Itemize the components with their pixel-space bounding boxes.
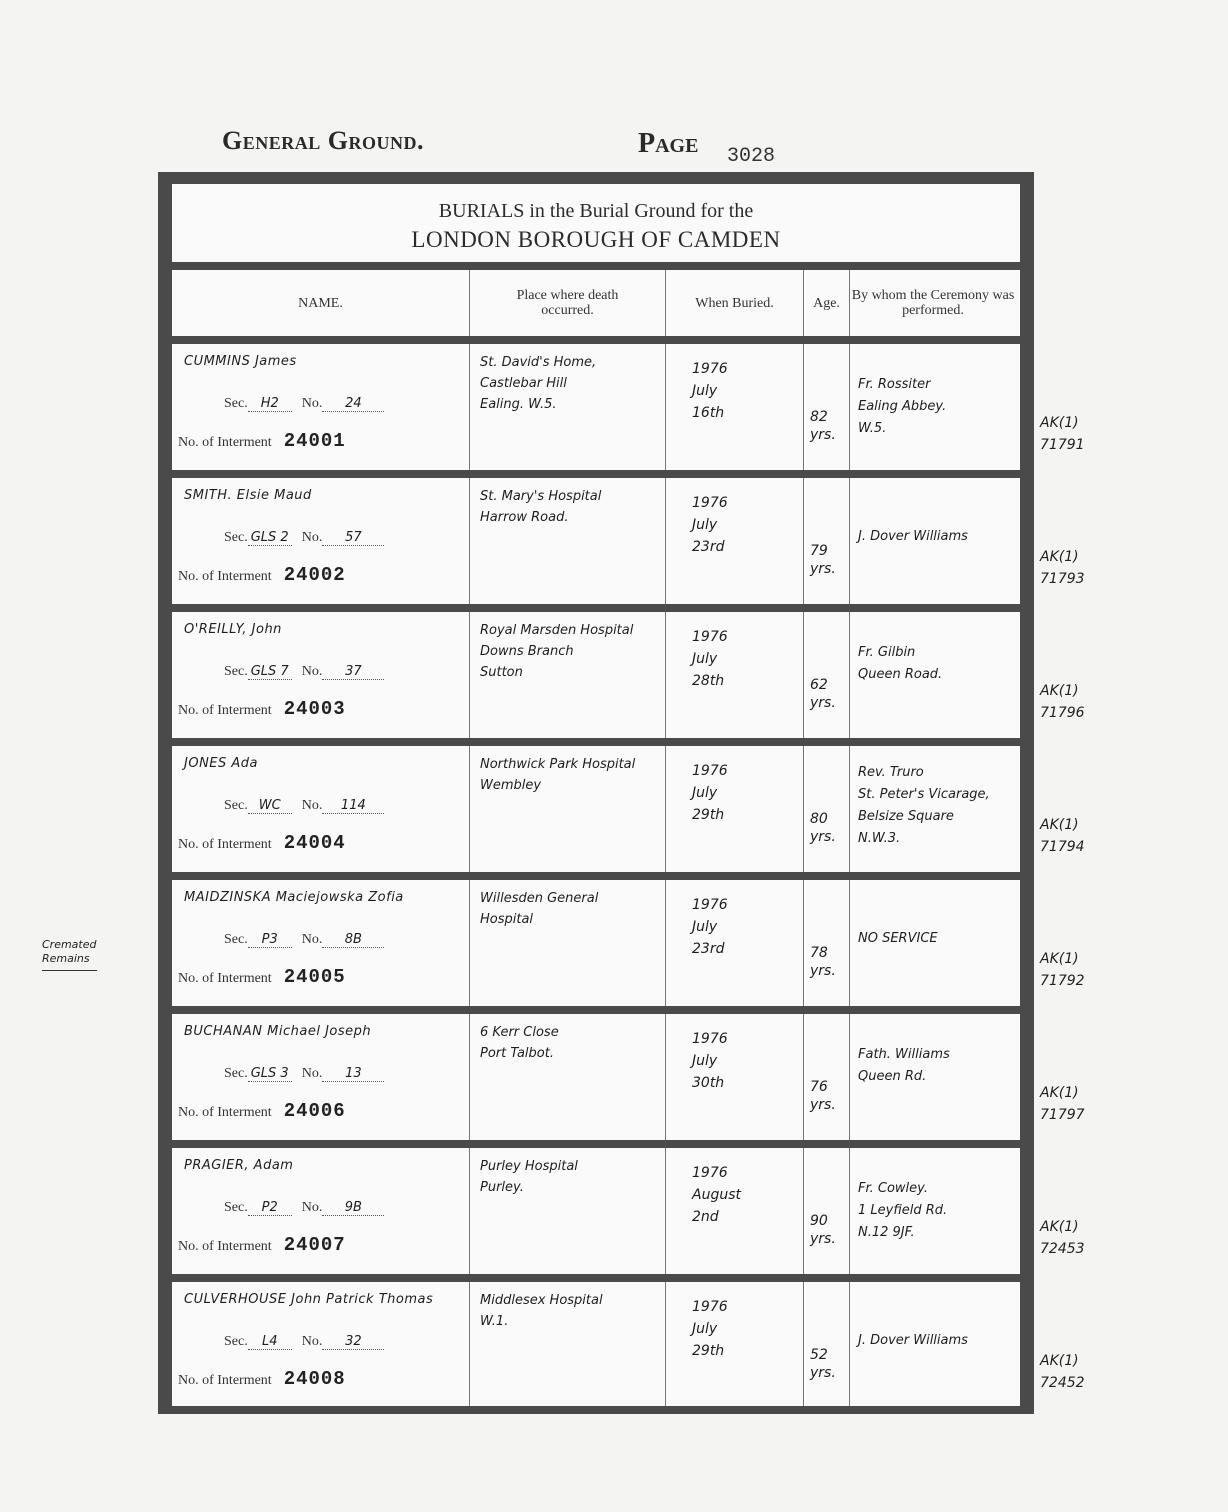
- when-line: July: [692, 648, 728, 670]
- when-cell: 1976August2nd: [666, 1148, 804, 1274]
- register-title-line2: LONDON BOROUGH OF CAMDEN: [172, 227, 1020, 253]
- margin-line: AK(1): [1040, 948, 1085, 970]
- sec-label: Sec.: [224, 396, 248, 411]
- when-line: 28th: [692, 670, 728, 692]
- place-of-death: Middlesex HospitalW.1.: [480, 1290, 603, 1332]
- section-value: P3: [248, 932, 292, 948]
- ceremony-line: W.5.: [858, 418, 946, 440]
- interment-line: No. of Interment24002: [178, 564, 346, 586]
- burial-date: 1976July30th: [692, 1028, 728, 1094]
- interment-line: No. of Interment24004: [178, 832, 346, 854]
- section-value: L4: [248, 1334, 292, 1350]
- ceremony-line: N.W.3.: [858, 828, 990, 850]
- deceased-name: PRAGIER, Adam: [184, 1158, 293, 1173]
- when-line: 1976: [692, 358, 728, 380]
- ceremony-line: J. Dover Williams: [858, 526, 968, 548]
- deceased-name: JONES Ada: [184, 756, 258, 771]
- age-value: 90yrs.: [810, 1212, 836, 1248]
- place-cell: St. Mary's HospitalHarrow Road.: [470, 478, 666, 604]
- age-cell: 82yrs.: [804, 344, 850, 470]
- margin-reference-note: AK(1)71792: [1040, 948, 1085, 992]
- no-label: No.: [302, 798, 323, 813]
- place-line: Hospital: [480, 909, 598, 930]
- interment-line: No. of Interment24006: [178, 1100, 346, 1122]
- officiant: Fath. WilliamsQueen Rd.: [858, 1044, 950, 1088]
- interment-number: 24007: [284, 1234, 346, 1256]
- when-line: 29th: [692, 804, 728, 826]
- place-of-death: St. David's Home,Castlebar HillEaling. W…: [480, 352, 596, 415]
- burial-date: 1976August2nd: [692, 1162, 741, 1228]
- ceremony-cell: NO SERVICE: [850, 880, 1016, 1006]
- age-line: 90: [810, 1212, 836, 1230]
- officiant: Fr. RossiterEaling Abbey.W.5.: [858, 374, 946, 440]
- deceased-name: CUMMINS James: [184, 354, 297, 369]
- section-number-line: Sec.GLS 2No.57: [224, 530, 384, 546]
- name-cell: JONES Ada Sec.WCNo.114 No. of Interment2…: [172, 746, 470, 872]
- ceremony-cell: J. Dover Williams: [850, 478, 1016, 604]
- grave-number-value: 37: [322, 664, 384, 680]
- when-line: 29th: [692, 1340, 728, 1362]
- margin-reference-note: AK(1)71793: [1040, 546, 1085, 590]
- name-cell: O'REILLY, John Sec.GLS 7No.37 No. of Int…: [172, 612, 470, 738]
- burial-date: 1976July28th: [692, 626, 728, 692]
- age-line: yrs.: [810, 1230, 836, 1248]
- margin-line: 72452: [1040, 1372, 1085, 1394]
- officiant: Fr. GilbinQueen Road.: [858, 642, 942, 686]
- when-line: 1976: [692, 760, 728, 782]
- interment-line: No. of Interment24003: [178, 698, 346, 720]
- section-number-line: Sec.P3No.8B: [224, 932, 384, 948]
- interment-label: No. of Interment: [178, 1239, 272, 1254]
- ceremony-line: Belsize Square: [858, 806, 990, 828]
- section-value: GLS 2: [248, 530, 292, 546]
- when-line: July: [692, 514, 728, 536]
- no-label: No.: [302, 664, 323, 679]
- place-line: Wembley: [480, 775, 635, 796]
- when-line: July: [692, 782, 728, 804]
- side-note-cremated-remains: Cremated Remains: [42, 938, 97, 971]
- grave-number-value: 9B: [322, 1200, 384, 1216]
- age-value: 82yrs.: [810, 408, 836, 444]
- table-row: CULVERHOUSE John Patrick Thomas Sec.L4No…: [172, 1282, 1020, 1406]
- place-line: St. David's Home,: [480, 352, 596, 373]
- when-line: 30th: [692, 1072, 728, 1094]
- interment-label: No. of Interment: [178, 1105, 272, 1120]
- ceremony-line: Fr. Rossiter: [858, 374, 946, 396]
- ceremony-cell: J. Dover Williams: [850, 1282, 1016, 1406]
- table-row: SMITH. Elsie Maud Sec.GLS 2No.57 No. of …: [172, 478, 1020, 612]
- name-cell: SMITH. Elsie Maud Sec.GLS 2No.57 No. of …: [172, 478, 470, 604]
- section-value: GLS 3: [248, 1066, 292, 1082]
- no-label: No.: [302, 396, 323, 411]
- age-line: yrs.: [810, 828, 836, 846]
- sec-label: Sec.: [224, 664, 248, 679]
- place-cell: Purley HospitalPurley.: [470, 1148, 666, 1274]
- deceased-name: O'REILLY, John: [184, 622, 282, 637]
- place-line: Northwick Park Hospital: [480, 754, 635, 775]
- when-line: July: [692, 916, 728, 938]
- burial-date: 1976July16th: [692, 358, 728, 424]
- place-line: Royal Marsden Hospital: [480, 620, 633, 641]
- interment-number: 24004: [284, 832, 346, 854]
- burial-date: 1976July23rd: [692, 894, 728, 960]
- burial-date: 1976July23rd: [692, 492, 728, 558]
- grave-number-value: 114: [322, 798, 384, 814]
- margin-reference-note: AK(1)72452: [1040, 1350, 1085, 1394]
- sec-label: Sec.: [224, 1334, 248, 1349]
- when-line: 1976: [692, 1296, 728, 1318]
- age-line: 76: [810, 1078, 836, 1096]
- officiant: Rev. TruroSt. Peter's Vicarage,Belsize S…: [858, 762, 990, 850]
- interment-label: No. of Interment: [178, 1373, 272, 1388]
- sec-label: Sec.: [224, 530, 248, 545]
- grave-number-value: 8B: [322, 932, 384, 948]
- when-cell: 1976July29th: [666, 1282, 804, 1406]
- no-label: No.: [302, 932, 323, 947]
- no-label: No.: [302, 1066, 323, 1081]
- page-label: Page: [638, 128, 698, 160]
- interment-line: No. of Interment24005: [178, 966, 346, 988]
- interment-line: No. of Interment24001: [178, 430, 346, 452]
- place-cell: Northwick Park HospitalWembley: [470, 746, 666, 872]
- margin-line: AK(1): [1040, 680, 1085, 702]
- age-line: 52: [810, 1346, 836, 1364]
- age-cell: 76yrs.: [804, 1014, 850, 1140]
- interment-line: No. of Interment24008: [178, 1368, 346, 1390]
- table-row: MAIDZINSKA Maciejowska Zofia Sec.P3No.8B…: [172, 880, 1020, 1014]
- interment-number: 24003: [284, 698, 346, 720]
- age-line: yrs.: [810, 426, 836, 444]
- margin-line: AK(1): [1040, 1350, 1085, 1372]
- ceremony-line: J. Dover Williams: [858, 1330, 968, 1352]
- name-cell: CULVERHOUSE John Patrick Thomas Sec.L4No…: [172, 1282, 470, 1406]
- age-line: 82: [810, 408, 836, 426]
- table-row: BUCHANAN Michael Joseph Sec.GLS 3No.13 N…: [172, 1014, 1020, 1148]
- table-row: O'REILLY, John Sec.GLS 7No.37 No. of Int…: [172, 612, 1020, 746]
- ceremony-line: Fr. Cowley.: [858, 1178, 947, 1200]
- section-value: WC: [248, 798, 292, 814]
- officiant: NO SERVICE: [858, 928, 938, 950]
- section-value: H2: [248, 396, 292, 412]
- margin-reference-note: AK(1)71794: [1040, 814, 1085, 858]
- place-line: Willesden General: [480, 888, 598, 909]
- sec-label: Sec.: [224, 932, 248, 947]
- age-line: 79: [810, 542, 836, 560]
- name-cell: MAIDZINSKA Maciejowska Zofia Sec.P3No.8B…: [172, 880, 470, 1006]
- age-value: 79yrs.: [810, 542, 836, 578]
- place-of-death: Royal Marsden HospitalDowns BranchSutton: [480, 620, 633, 683]
- register-title: BURIALS in the Burial Ground for the LON…: [172, 184, 1020, 270]
- when-line: 23rd: [692, 938, 728, 960]
- deceased-name: MAIDZINSKA Maciejowska Zofia: [184, 890, 404, 905]
- officiant: Fr. Cowley.1 Leyfield Rd.N.12 9JF.: [858, 1178, 947, 1244]
- section-value: P2: [248, 1200, 292, 1216]
- ceremony-cell: Rev. TruroSt. Peter's Vicarage,Belsize S…: [850, 746, 1016, 872]
- page-number: 3028: [727, 145, 775, 168]
- page-heading: General Ground.: [222, 126, 424, 156]
- age-cell: 52yrs.: [804, 1282, 850, 1406]
- margin-reference-note: AK(1)71796: [1040, 680, 1085, 724]
- sec-label: Sec.: [224, 1066, 248, 1081]
- age-line: yrs.: [810, 1364, 836, 1382]
- register-title-line1: BURIALS in the Burial Ground for the: [172, 184, 1020, 223]
- place-line: Port Talbot.: [480, 1043, 559, 1064]
- margin-line: 72453: [1040, 1238, 1085, 1260]
- section-number-line: Sec.P2No.9B: [224, 1200, 384, 1216]
- interment-line: No. of Interment24007: [178, 1234, 346, 1256]
- interment-label: No. of Interment: [178, 703, 272, 718]
- place-line: W.1.: [480, 1311, 603, 1332]
- margin-line: AK(1): [1040, 1082, 1085, 1104]
- place-cell: Willesden GeneralHospital: [470, 880, 666, 1006]
- section-number-line: Sec.L4No.32: [224, 1334, 384, 1350]
- age-cell: 80yrs.: [804, 746, 850, 872]
- age-value: 76yrs.: [810, 1078, 836, 1114]
- section-number-line: Sec.GLS 3No.13: [224, 1066, 384, 1082]
- interment-number: 24008: [284, 1368, 346, 1390]
- ceremony-line: Rev. Truro: [858, 762, 990, 784]
- burial-register-table: BURIALS in the Burial Ground for the LON…: [158, 172, 1034, 1414]
- ceremony-cell: Fr. Cowley.1 Leyfield Rd.N.12 9JF.: [850, 1148, 1016, 1274]
- age-cell: 79yrs.: [804, 478, 850, 604]
- place-of-death: 6 Kerr ClosePort Talbot.: [480, 1022, 559, 1064]
- officiant: J. Dover Williams: [858, 1330, 968, 1352]
- when-line: July: [692, 1318, 728, 1340]
- deceased-name: CULVERHOUSE John Patrick Thomas: [184, 1292, 433, 1307]
- margin-line: 71797: [1040, 1104, 1085, 1126]
- column-header-ceremony: By whom the Ceremony was performed.: [850, 270, 1016, 336]
- age-line: 78: [810, 944, 836, 962]
- ceremony-line: St. Peter's Vicarage,: [858, 784, 990, 806]
- side-note-line: Remains: [42, 952, 97, 966]
- interment-number: 24001: [284, 430, 346, 452]
- place-line: Purley.: [480, 1177, 578, 1198]
- age-line: yrs.: [810, 694, 836, 712]
- when-line: July: [692, 380, 728, 402]
- place-cell: 6 Kerr ClosePort Talbot.: [470, 1014, 666, 1140]
- burial-date: 1976July29th: [692, 1296, 728, 1362]
- age-line: 62: [810, 676, 836, 694]
- age-value: 78yrs.: [810, 944, 836, 980]
- name-cell: PRAGIER, Adam Sec.P2No.9B No. of Interme…: [172, 1148, 470, 1274]
- when-line: 16th: [692, 402, 728, 424]
- when-line: July: [692, 1050, 728, 1072]
- margin-line: 71796: [1040, 702, 1085, 724]
- margin-line: 71792: [1040, 970, 1085, 992]
- column-header-age: Age.: [804, 270, 850, 336]
- sec-label: Sec.: [224, 798, 248, 813]
- place-of-death: Northwick Park HospitalWembley: [480, 754, 635, 796]
- place-line: Sutton: [480, 662, 633, 683]
- margin-line: 71791: [1040, 434, 1085, 456]
- ceremony-line: NO SERVICE: [858, 928, 938, 950]
- column-header-name: NAME.: [172, 270, 470, 336]
- column-header-when: When Buried.: [666, 270, 804, 336]
- column-header-row: NAME. Place where death occurred. When B…: [172, 270, 1020, 344]
- place-line: Downs Branch: [480, 641, 633, 662]
- age-line: yrs.: [810, 962, 836, 980]
- interment-number: 24005: [284, 966, 346, 988]
- place-cell: St. David's Home,Castlebar HillEaling. W…: [470, 344, 666, 470]
- side-note-line: Cremated: [42, 938, 97, 952]
- no-label: No.: [302, 1200, 323, 1215]
- when-line: 1976: [692, 492, 728, 514]
- interment-number: 24002: [284, 564, 346, 586]
- when-line: 2nd: [692, 1206, 741, 1228]
- name-cell: BUCHANAN Michael Joseph Sec.GLS 3No.13 N…: [172, 1014, 470, 1140]
- section-number-line: Sec.H2No.24: [224, 396, 384, 412]
- interment-label: No. of Interment: [178, 569, 272, 584]
- when-cell: 1976July23rd: [666, 478, 804, 604]
- when-line: 23rd: [692, 536, 728, 558]
- age-cell: 90yrs.: [804, 1148, 850, 1274]
- deceased-name: SMITH. Elsie Maud: [184, 488, 312, 503]
- when-line: 1976: [692, 1162, 741, 1184]
- interment-label: No. of Interment: [178, 435, 272, 450]
- section-value: GLS 7: [248, 664, 292, 680]
- grave-number-value: 32: [322, 1334, 384, 1350]
- place-cell: Middlesex HospitalW.1.: [470, 1282, 666, 1406]
- age-line: 80: [810, 810, 836, 828]
- burial-date: 1976July29th: [692, 760, 728, 826]
- margin-reference-note: AK(1)71791: [1040, 412, 1085, 456]
- when-cell: 1976July16th: [666, 344, 804, 470]
- place-of-death: St. Mary's HospitalHarrow Road.: [480, 486, 601, 528]
- ceremony-line: Fr. Gilbin: [858, 642, 942, 664]
- age-value: 80yrs.: [810, 810, 836, 846]
- table-row: PRAGIER, Adam Sec.P2No.9B No. of Interme…: [172, 1148, 1020, 1282]
- when-cell: 1976July23rd: [666, 880, 804, 1006]
- place-line: Harrow Road.: [480, 507, 601, 528]
- when-line: 1976: [692, 626, 728, 648]
- margin-reference-note: AK(1)71797: [1040, 1082, 1085, 1126]
- ceremony-cell: Fr. GilbinQueen Road.: [850, 612, 1016, 738]
- age-value: 52yrs.: [810, 1346, 836, 1382]
- place-line: 6 Kerr Close: [480, 1022, 559, 1043]
- ceremony-line: N.12 9JF.: [858, 1222, 947, 1244]
- age-value: 62yrs.: [810, 676, 836, 712]
- ceremony-line: Queen Road.: [858, 664, 942, 686]
- when-line: 1976: [692, 1028, 728, 1050]
- no-label: No.: [302, 530, 323, 545]
- ceremony-line: Fath. Williams: [858, 1044, 950, 1066]
- when-line: 1976: [692, 894, 728, 916]
- ceremony-line: Ealing Abbey.: [858, 396, 946, 418]
- grave-number-value: 57: [322, 530, 384, 546]
- no-label: No.: [302, 1334, 323, 1349]
- margin-line: AK(1): [1040, 814, 1085, 836]
- place-line: Middlesex Hospital: [480, 1290, 603, 1311]
- place-of-death: Willesden GeneralHospital: [480, 888, 598, 930]
- entries-list: CUMMINS James Sec.H2No.24 No. of Interme…: [172, 344, 1020, 1406]
- age-cell: 78yrs.: [804, 880, 850, 1006]
- section-number-line: Sec.GLS 7No.37: [224, 664, 384, 680]
- grave-number-value: 24: [322, 396, 384, 412]
- when-cell: 1976July29th: [666, 746, 804, 872]
- section-number-line: Sec.WCNo.114: [224, 798, 384, 814]
- margin-line: 71794: [1040, 836, 1085, 858]
- interment-number: 24006: [284, 1100, 346, 1122]
- when-cell: 1976July28th: [666, 612, 804, 738]
- when-line: August: [692, 1184, 741, 1206]
- place-line: St. Mary's Hospital: [480, 486, 601, 507]
- age-line: yrs.: [810, 1096, 836, 1114]
- sec-label: Sec.: [224, 1200, 248, 1215]
- ceremony-line: Queen Rd.: [858, 1066, 950, 1088]
- ceremony-cell: Fr. RossiterEaling Abbey.W.5.: [850, 344, 1016, 470]
- table-row: JONES Ada Sec.WCNo.114 No. of Interment2…: [172, 746, 1020, 880]
- margin-reference-note: AK(1)72453: [1040, 1216, 1085, 1260]
- place-line: Purley Hospital: [480, 1156, 578, 1177]
- grave-number-value: 13: [322, 1066, 384, 1082]
- officiant: J. Dover Williams: [858, 526, 968, 548]
- place-line: Castlebar Hill: [480, 373, 596, 394]
- margin-line: 71793: [1040, 568, 1085, 590]
- table-row: CUMMINS James Sec.H2No.24 No. of Interme…: [172, 344, 1020, 478]
- age-cell: 62yrs.: [804, 612, 850, 738]
- margin-line: AK(1): [1040, 412, 1085, 434]
- place-of-death: Purley HospitalPurley.: [480, 1156, 578, 1198]
- margin-line: AK(1): [1040, 546, 1085, 568]
- age-line: yrs.: [810, 560, 836, 578]
- deceased-name: BUCHANAN Michael Joseph: [184, 1024, 371, 1039]
- interment-label: No. of Interment: [178, 837, 272, 852]
- when-cell: 1976July30th: [666, 1014, 804, 1140]
- name-cell: CUMMINS James Sec.H2No.24 No. of Interme…: [172, 344, 470, 470]
- interment-label: No. of Interment: [178, 971, 272, 986]
- ceremony-cell: Fath. WilliamsQueen Rd.: [850, 1014, 1016, 1140]
- place-line: Ealing. W.5.: [480, 394, 596, 415]
- column-header-place: Place where death occurred.: [470, 270, 666, 336]
- ceremony-line: 1 Leyfield Rd.: [858, 1200, 947, 1222]
- margin-line: AK(1): [1040, 1216, 1085, 1238]
- place-cell: Royal Marsden HospitalDowns BranchSutton: [470, 612, 666, 738]
